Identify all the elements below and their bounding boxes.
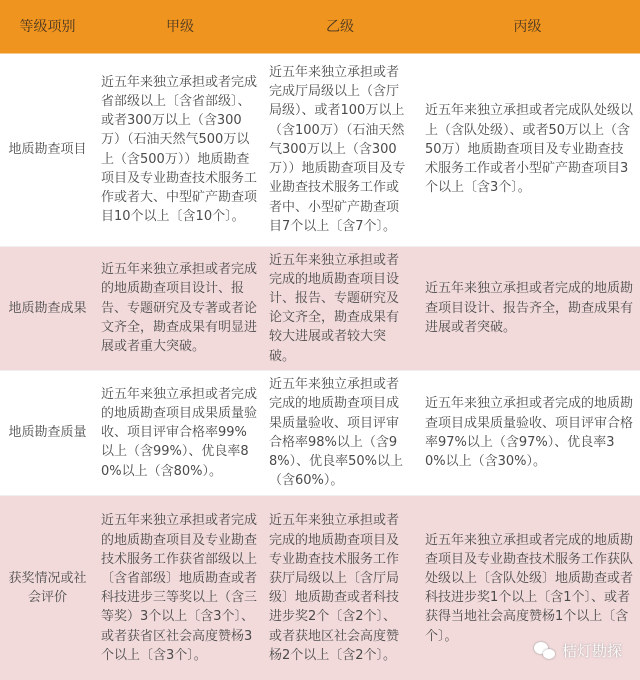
header-grade-c: 丙级 [415,0,640,53]
row-label: 地质勘查质量 [0,370,95,495]
cell-grade-a: 近五年来独立承担或者完成的地质勘查项目设计、报告、专题研究及专著或者论文齐全，勘… [95,246,265,370]
row-label: 获奖情况或社会评价 [0,495,95,680]
cell-grade-a: 近五年来独立承担或者完成省部级以上〔含省部级〕、或者300万以上（含300万）（… [95,53,265,246]
header-category: 等级项别 [0,0,95,53]
header-grade-b: 乙级 [265,0,415,53]
cell-grade-a: 近五年来独立承担或者完成的地质勘查项目成果质量验收、项目评审合格率99%以上（含… [95,370,265,495]
watermark-text: 桔灯勘探 [562,640,622,661]
cell-grade-c: 近五年来独立承担或者完成队处级以上（含队处级）、或者50万以上（含50万）地质勘… [415,53,640,246]
table-row: 地质勘查质量 近五年来独立承担或者完成的地质勘查项目成果质量验收、项目评审合格率… [0,370,640,495]
wechat-icon [534,641,558,661]
cell-grade-a: 近五年来独立承担或者完成的地质勘查项目及专业勘查技术服务工作获省部级以上〔含省部… [95,495,265,680]
cell-grade-c: 近五年来独立承担或者完成的地质勘查项目设计、报告齐全，勘查成果有进展或者突破。 [415,246,640,370]
row-label: 地质勘查成果 [0,246,95,370]
cell-grade-c: 近五年来独立承担或者完成的地质勘查项目成果质量验收、项目评审合格率97%以上（含… [415,370,640,495]
header-grade-a: 甲级 [95,0,265,53]
watermark: 桔灯勘探 [534,640,622,661]
cell-grade-b: 近五年来独立承担或者完成的地质勘查项目及专业勘查技术服务工作获厅局级以上〔含厅局… [265,495,415,680]
table-row: 地质勘查项目 近五年来独立承担或者完成省部级以上〔含省部级〕、或者300万以上（… [0,53,640,246]
row-label: 地质勘查项目 [0,53,95,246]
qualification-grade-table: 等级项别 甲级 乙级 丙级 地质勘查项目 近五年来独立承担或者完成省部级以上〔含… [0,0,640,680]
cell-grade-b: 近五年来独立承担或者完成的地质勘查项目成果质量验收、项目评审合格率98%以上（含… [265,370,415,495]
cell-grade-b: 近五年来独立承担或者完成的地质勘查项目设计、报告、专题研究及论文齐全，勘查成果有… [265,246,415,370]
cell-grade-b: 近五年来独立承担或者完成厅局级以上（含厅局级）、或者100万以上（含100万）（… [265,53,415,246]
table-row: 地质勘查成果 近五年来独立承担或者完成的地质勘查项目设计、报告、专题研究及专著或… [0,246,640,370]
table-header: 等级项别 甲级 乙级 丙级 [0,0,640,53]
